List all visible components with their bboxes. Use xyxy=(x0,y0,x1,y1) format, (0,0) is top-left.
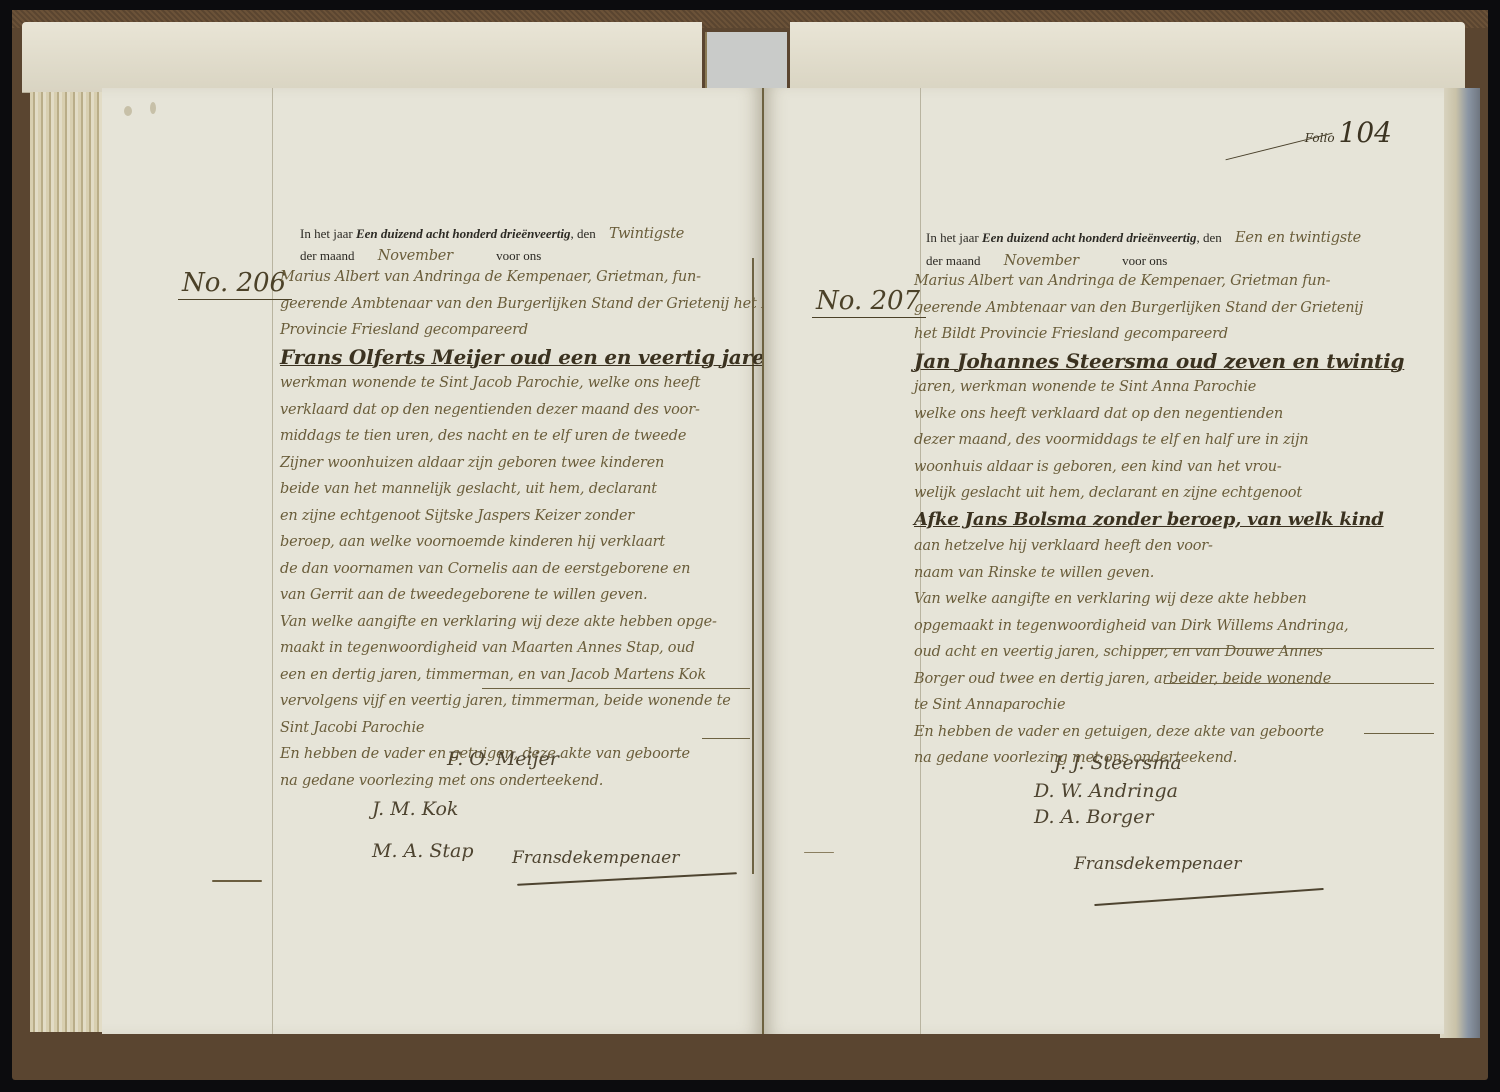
closing-rule xyxy=(1364,733,1434,734)
signature-witness-1: D. W. Andringa xyxy=(1034,780,1178,802)
text-line: oud acht en veertig jaren, schipper, en … xyxy=(914,639,1434,666)
day-value: Een en twintigste xyxy=(1235,230,1361,246)
signature-flourish xyxy=(517,872,737,886)
flyleaf-left xyxy=(22,22,702,93)
margin-rule xyxy=(272,88,273,1034)
mother-name: Afke Jans Bolsma zonder beroep, van welk… xyxy=(914,507,1434,534)
text-line: opgemaakt in tegenwoordigheid van Dirk W… xyxy=(914,613,1434,640)
closing-rule xyxy=(482,688,750,689)
text-line: Provincie Friesland gecompareerd xyxy=(280,317,750,344)
signature-flourish xyxy=(1094,888,1324,906)
text-line: verklaard dat op den negentienden dezer … xyxy=(280,397,750,424)
text-line: Marius Albert van Andringa de Kempenaer,… xyxy=(914,268,1434,295)
margin-mark xyxy=(212,880,262,882)
text-line: En hebben de vader en getuigen, deze akt… xyxy=(914,719,1434,746)
text-line: geerende Ambtenaar van den Burgerlijken … xyxy=(914,295,1434,322)
entry-body: Marius Albert van Andringa de Kempenaer,… xyxy=(914,268,1434,772)
month-value: November xyxy=(378,248,453,264)
signature-official: Fransdekempenaer xyxy=(512,848,679,868)
text-line: maakt in tegenwoordigheid van Maarten An… xyxy=(280,635,750,662)
declarant-name: Frans Olferts Meijer oud een en veertig … xyxy=(280,344,750,371)
printed-year-line: In het jaar Een duizend acht honderd dri… xyxy=(926,230,1361,246)
text-line: dezer maand, des voormiddags te elf en h… xyxy=(914,427,1434,454)
text-line: een en dertig jaren, timmerman, en van J… xyxy=(280,662,750,689)
margin-mark xyxy=(804,852,834,853)
text-line: Van welke aangifte en verklaring wij dez… xyxy=(914,586,1434,613)
closing-rule xyxy=(1144,648,1434,649)
printed-month-line: der maand November voor ons xyxy=(300,248,541,264)
text-line: Borger oud twee en dertig jaren, arbeide… xyxy=(914,666,1434,693)
text-line: Marius Albert van Andringa de Kempenaer,… xyxy=(280,264,750,291)
printed-year-line: In het jaar Een duizend acht honderd dri… xyxy=(300,226,684,242)
text-line: welke ons heeft verklaard dat op den neg… xyxy=(914,401,1434,428)
text-line: woonhuis aldaar is geboren, een kind van… xyxy=(914,454,1434,481)
text-line: beide van het mannelijk geslacht, uit he… xyxy=(280,476,750,503)
entry-body: Marius Albert van Andringa de Kempenaer,… xyxy=(280,264,750,794)
text-line: jaren, werkman wonende te Sint Anna Paro… xyxy=(914,374,1434,401)
closing-rule xyxy=(1164,683,1434,684)
signature-witness-2: D. A. Borger xyxy=(1034,806,1153,828)
signature-witness-1: J. M. Kok xyxy=(372,798,458,820)
child-line: naam van Rinske te willen geven. xyxy=(914,560,1434,587)
child2-line: van Gerrit aan de tweedegeborene te will… xyxy=(280,582,750,609)
signature-witness-2: M. A. Stap xyxy=(372,840,473,862)
signature-father: J. J. Steersma xyxy=(1054,752,1182,774)
text-line: vervolgens vijf en veertig jaren, timmer… xyxy=(280,688,750,715)
text-line: het Bildt Provincie Friesland gecomparee… xyxy=(914,321,1434,348)
declarant-name: Jan Johannes Steersma oud zeven en twint… xyxy=(914,348,1434,375)
text-line: werkman wonende te Sint Jacob Parochie, … xyxy=(280,370,750,397)
signature-official: Fransdekempenaer xyxy=(1074,854,1241,874)
signature-father: F. O. Meijer xyxy=(447,748,559,770)
paper-stain xyxy=(150,102,156,114)
flyleaf-right xyxy=(790,22,1465,93)
entry-number: No. 206 xyxy=(182,268,286,298)
text-line: Zijner woonhuizen aldaar zijn geboren tw… xyxy=(280,450,750,477)
text-line: Sint Jacobi Parochie xyxy=(280,715,750,742)
text-line: beroep, aan welke voornoemde kinderen hi… xyxy=(280,529,750,556)
month-value: November xyxy=(1004,253,1079,269)
right-page: Folio104 No. 207 In het jaar Een duizend… xyxy=(764,88,1444,1034)
text-line: Van welke aangifte en verklaring wij dez… xyxy=(280,609,750,636)
text-line: na gedane voorlezing met ons onderteeken… xyxy=(280,768,750,795)
mother-line: en zijne echtgenoot Sijtske Jaspers Keiz… xyxy=(280,503,750,530)
left-page: No. 206 In het jaar Een duizend acht hon… xyxy=(102,88,762,1034)
printed-month-line: der maand November voor ons xyxy=(926,253,1167,269)
day-value: Twintigste xyxy=(609,226,684,242)
text-line: geerende Ambtenaar van den Burgerlijken … xyxy=(280,291,750,318)
text-line: welijk geslacht uit hem, declarant en zi… xyxy=(914,480,1434,507)
closing-rule xyxy=(702,738,750,739)
text-line: te Sint Annaparochie xyxy=(914,692,1434,719)
folio-number: Folio104 xyxy=(1305,116,1392,149)
text-line: aan hetzelve hij verklaard heeft den voo… xyxy=(914,533,1434,560)
child1-line: de dan voornamen van Cornelis aan de eer… xyxy=(280,556,750,583)
page-edges-left xyxy=(30,92,110,1032)
paper-stain xyxy=(124,106,132,116)
entry-number: No. 207 xyxy=(816,286,920,316)
text-line: middags te tien uren, des nacht en te el… xyxy=(280,423,750,450)
page-edges-right xyxy=(1440,88,1480,1038)
